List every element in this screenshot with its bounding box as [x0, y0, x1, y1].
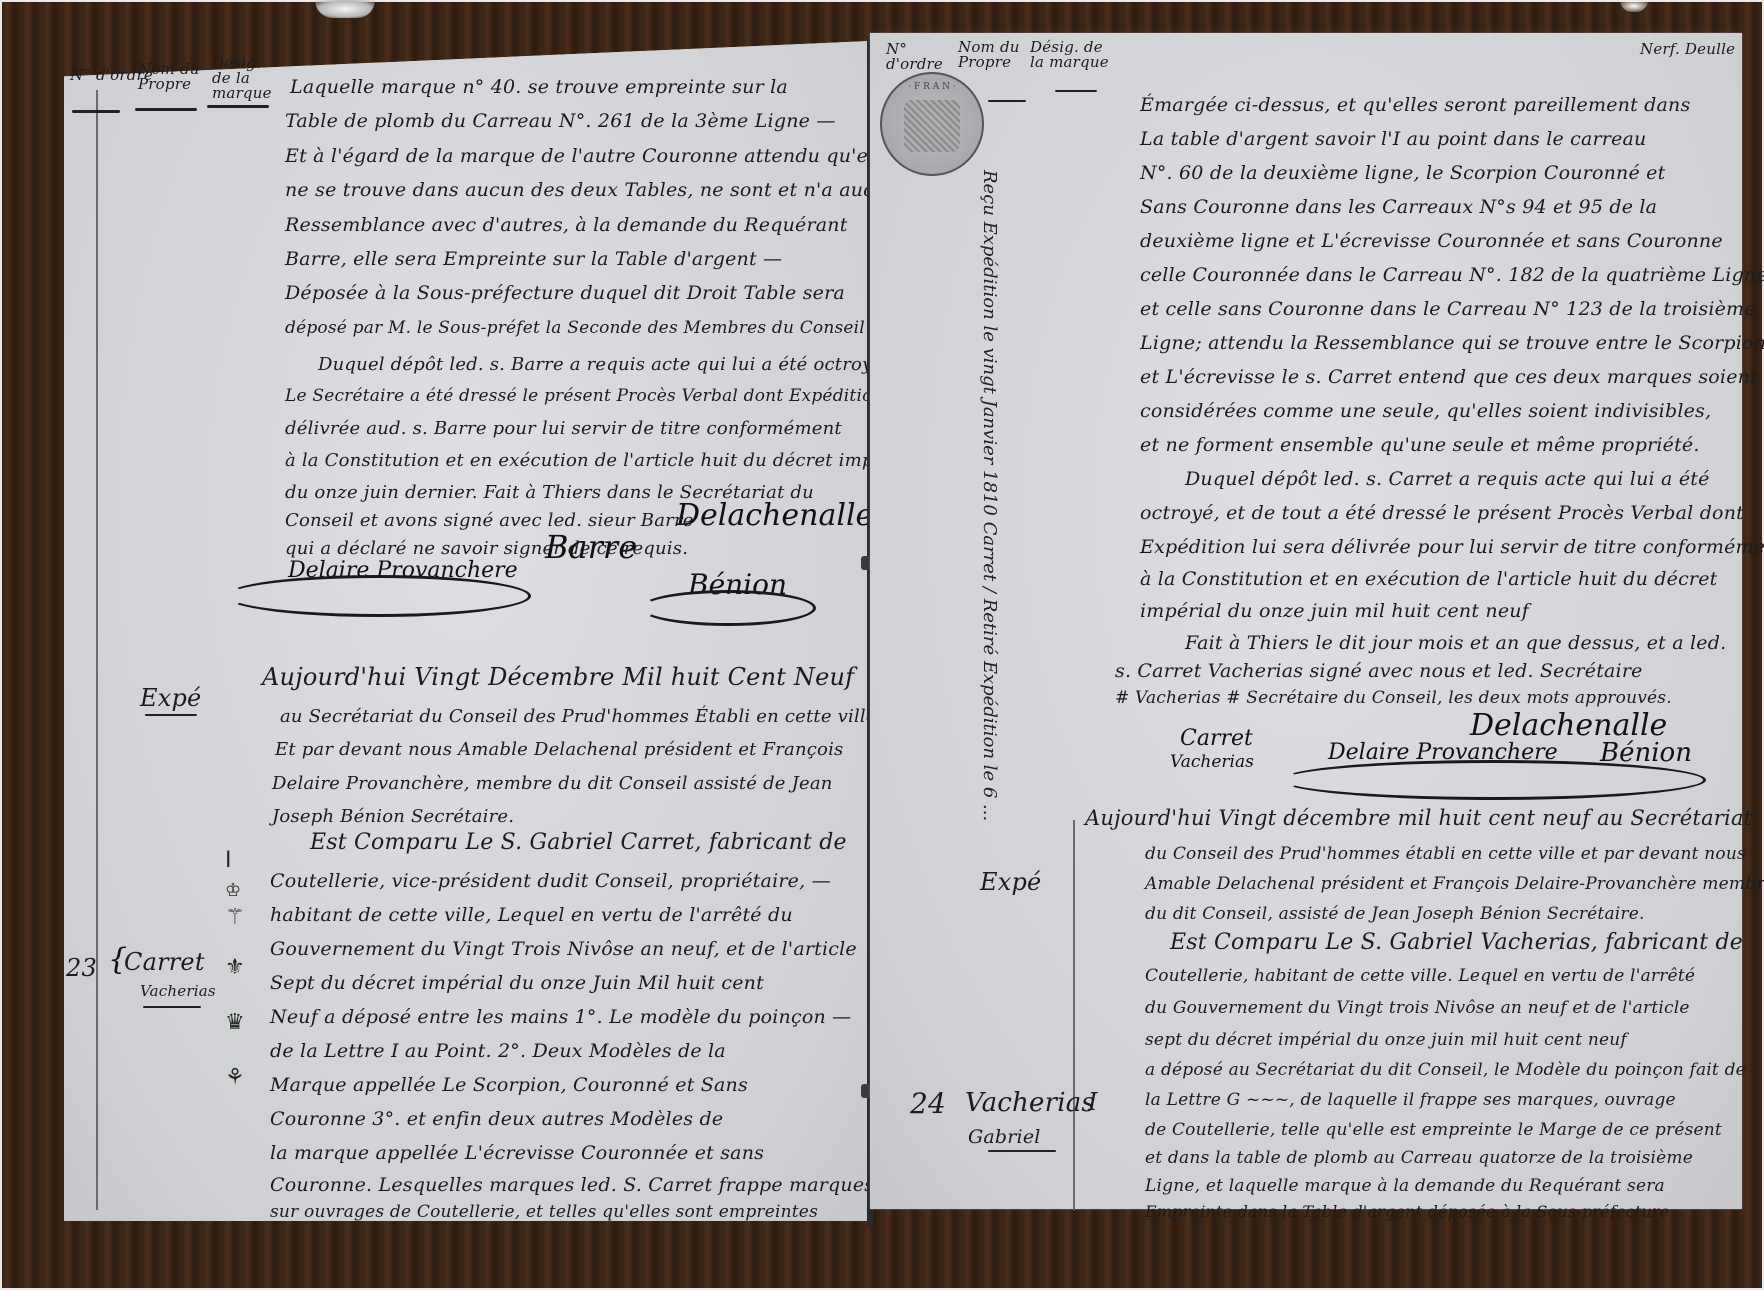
margin-rule	[96, 90, 98, 1210]
margin-note-expe: Expé	[140, 686, 201, 710]
text-line: Duquel dépôt led. s. Barre a requis acte…	[318, 356, 907, 374]
text-line: Gouvernement du Vingt Trois Nivôse an ne…	[270, 940, 857, 959]
text-line: Ligne, et laquelle marque à la demande d…	[1145, 1178, 1665, 1195]
text-line: Empreinte dans la Table d'argent déposée…	[1145, 1204, 1669, 1220]
text-line: ne se trouve dans aucun des deux Tables,…	[285, 181, 910, 200]
text-line: N°. 60 de la deuxième ligne, le Scorpion…	[1140, 164, 1665, 183]
header-underline	[1055, 90, 1097, 92]
text-line: Et à l'égard de la marque de l'autre Cou…	[285, 147, 892, 166]
letter-i-mark-icon: I	[225, 848, 232, 873]
text-line: Le Secrétaire a été dressé le présent Pr…	[285, 388, 927, 405]
text-line: au Secrétariat du Conseil des Prud'homme…	[280, 708, 877, 726]
text-line: La table d'argent savoir l'I au point da…	[1140, 130, 1647, 149]
header-designation-marque: Désig. de la marque	[212, 56, 284, 101]
text-line: Couronne 3°. et enfin deux autres Modèle…	[270, 1110, 723, 1129]
text-line: Joseph Bénion Secrétaire.	[272, 808, 514, 826]
header-no-ordre: N° d'ordre	[886, 42, 946, 72]
letter-i-mark-icon: I	[1088, 1090, 1098, 1114]
header-underline	[135, 108, 197, 111]
text-line: # Vacherias # Secrétaire du Conseil, les…	[1115, 690, 1672, 707]
text-line: impérial du onze juin mil huit cent neuf	[1140, 602, 1529, 621]
entry-number: 24	[910, 1090, 946, 1118]
header-underline	[988, 100, 1026, 102]
text-line: Est Comparu Le S. Gabriel Vacherias, fab…	[1170, 932, 1743, 954]
text-line: la Lettre G ~~~, de laquelle il frappe s…	[1145, 1092, 1676, 1109]
text-line: du Conseil des Prud'hommes établi en cet…	[1145, 846, 1746, 863]
crayfish-crowned-mark-icon: ♛	[225, 1010, 245, 1035]
signature-flourish	[640, 590, 816, 626]
text-line: à la Constitution et en exécution de l'a…	[285, 452, 916, 470]
text-line: Est Comparu Le S. Gabriel Carret, fabric…	[310, 832, 847, 854]
seal-caption: · F R A N ·	[882, 82, 982, 92]
text-line: et celle sans Couronne dans le Carreau N…	[1140, 300, 1756, 319]
text-line: Laquelle marque n° 40. se trouve emprein…	[290, 78, 788, 97]
text-line: la marque appellée L'écrevisse Couronnée…	[270, 1144, 764, 1163]
margin-rule	[1073, 820, 1075, 1210]
margin-note-underline	[145, 714, 197, 716]
header-nom-propre: Nom du Propre	[958, 40, 1028, 70]
text-line: sur ouvrages de Coutellerie, et telles q…	[270, 1204, 818, 1221]
top-right-note: Nerf. Deulle	[1640, 42, 1735, 57]
entry-name-gabriel: Gabriel	[968, 1128, 1041, 1147]
text-line: Duquel dépôt led. s. Carret a requis act…	[1185, 470, 1710, 489]
text-line: Déposée à la Sous-préfecture duquel dit …	[285, 284, 845, 303]
seal-stamp: · F R A N ·	[880, 72, 984, 176]
text-line: Émargée ci-dessus, et qu'elles seront pa…	[1140, 96, 1690, 115]
text-line: octroyé, et de tout a été dressé le prés…	[1140, 504, 1744, 523]
text-line: Coutellerie, habitant de cette ville. Le…	[1145, 968, 1695, 985]
header-nom-propre: Nom du Propre	[138, 62, 208, 92]
entry-name-vacherias: Vacherias	[965, 1090, 1095, 1116]
text-line: Ressemblance avec d'autres, à la demande…	[285, 216, 848, 235]
text-line: Coutellerie, vice-président dudit Consei…	[270, 872, 831, 891]
text-line: Aujourd'hui Vingt Décembre Mil huit Cent…	[262, 665, 854, 689]
text-line: délivrée aud. s. Barre pour lui servir d…	[285, 420, 842, 438]
text-line: Couronne. Lesquelles marques led. S. Car…	[270, 1176, 874, 1195]
text-line: et dans la table de plomb au Carreau qua…	[1145, 1150, 1693, 1167]
text-line: habitant de cette ville, Lequel en vertu…	[270, 906, 793, 925]
text-line: Barre, elle sera Empreinte sur la Table …	[285, 250, 782, 269]
entry-underline	[143, 1006, 201, 1008]
text-line: et ne forment ensemble qu'une seule et m…	[1140, 436, 1700, 455]
text-line: Et par devant nous Amable Delachenal pré…	[275, 741, 843, 759]
seal-figure-icon	[904, 100, 960, 152]
signature-barre: Barre	[545, 528, 637, 566]
text-line: du dit Conseil, assisté de Jean Joseph B…	[1145, 906, 1645, 923]
text-line: Delaire Provanchère, membre du dit Conse…	[272, 775, 833, 793]
text-line: Expédition lui sera délivrée pour lui se…	[1140, 538, 1764, 557]
text-line: à la Constitution et en exécution de l'a…	[1140, 570, 1717, 589]
text-line: Aujourd'hui Vingt décembre mil huit cent…	[1085, 808, 1752, 829]
signature-vacherias: Vacherias	[1170, 752, 1254, 772]
text-line: Table de plomb du Carreau N°. 261 de la …	[285, 112, 836, 131]
margin-note-expe: Expé	[980, 870, 1041, 894]
signature-flourish	[225, 575, 531, 617]
text-line: sept du décret impérial du onze juin mil…	[1145, 1032, 1627, 1049]
signature-flourish	[1280, 760, 1706, 800]
text-line: déposé par M. le Sous-préfet la Seconde …	[285, 320, 865, 337]
text-line: Ligne; attendu la Ressemblance qui se tr…	[1140, 334, 1764, 353]
text-line: celle Couronnée dans le Carreau N°. 182 …	[1140, 266, 1764, 285]
scorpion-mark-icon: ⚚	[225, 905, 245, 930]
text-line: Neuf a déposé entre les mains 1°. Le mod…	[270, 1008, 851, 1027]
text-line: Sept du décret impérial du onze Juin Mil…	[270, 974, 764, 993]
scorpion-crowned-mark-icon: ⚜	[225, 955, 245, 980]
text-line: a déposé au Secrétariat du dit Conseil, …	[1145, 1062, 1746, 1079]
header-underline	[207, 105, 269, 108]
text-line: Sans Couronne dans les Carreaux N°s 94 e…	[1140, 198, 1657, 217]
text-line: deuxième ligne et L'écrevisse Couronnée …	[1140, 232, 1723, 251]
signature-delachenalle: Delachenalle	[676, 498, 873, 533]
light-glare	[315, 0, 375, 18]
text-line: du Gouvernement du Vingt trois Nivôse an…	[1145, 1000, 1690, 1017]
text-line: Fait à Thiers le dit jour mois et an que…	[1185, 634, 1726, 653]
entry-name-vacherias: Vacherias	[140, 984, 216, 999]
text-line: et L'écrevisse le s. Carret entend que c…	[1140, 368, 1758, 387]
text-line: Marque appellée Le Scorpion, Couronné et…	[270, 1076, 748, 1095]
header-underline	[72, 110, 120, 113]
text-line: s. Carret Vacherias signé avec nous et l…	[1115, 662, 1643, 681]
entry-name-carret: Carret	[124, 950, 205, 974]
text-line: de la Lettre I au Point. 2°. Deux Modèle…	[270, 1042, 726, 1061]
header-designation-marque: Désig. de la marque	[1030, 40, 1110, 70]
text-line: Amable Delachenal président et François …	[1145, 876, 1764, 893]
signature-carret: Carret	[1180, 726, 1253, 751]
crown-mark-icon: ♔	[225, 880, 241, 901]
rotated-margin-note: Reçu Expédition le vingt Janvier 1810 Ca…	[979, 170, 1000, 821]
text-line: de Coutellerie, telle qu'elle est emprei…	[1145, 1122, 1722, 1139]
crayfish-mark-icon: ⚘	[225, 1065, 245, 1090]
entry-underline	[988, 1150, 1056, 1152]
text-line: considérées comme une seule, qu'elles so…	[1140, 402, 1711, 421]
entry-number: 23	[66, 956, 97, 980]
